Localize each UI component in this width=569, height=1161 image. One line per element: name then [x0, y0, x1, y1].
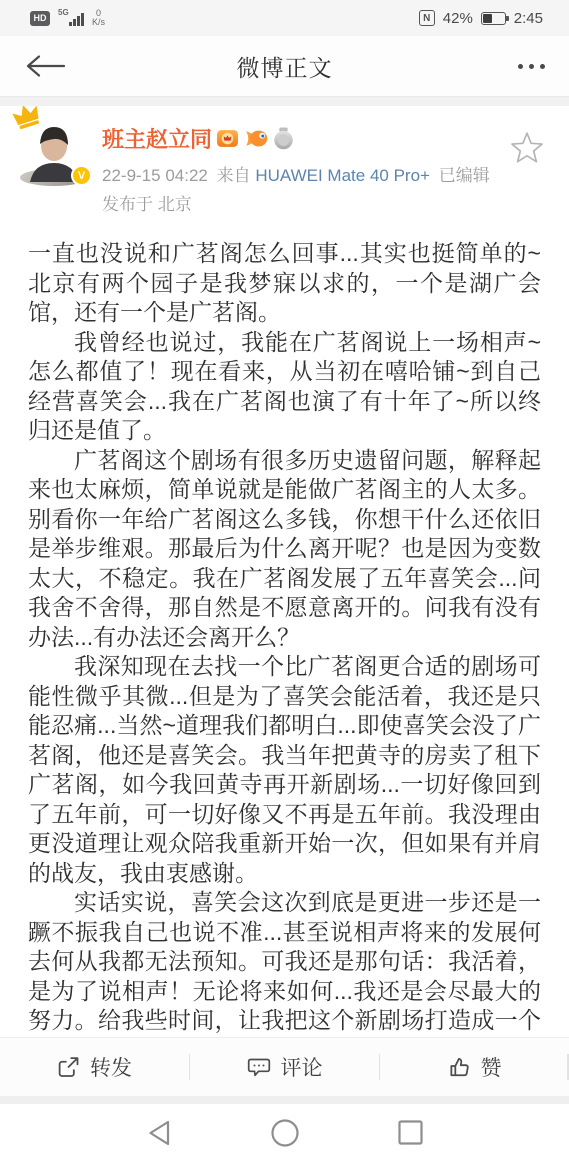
signal-icon: 5G	[58, 9, 84, 27]
comment-button[interactable]: 评论	[190, 1038, 379, 1096]
more-icon	[518, 64, 523, 69]
post-paragraph: 实话实说，喜笑会这次到底是更进一步还是一蹶不振我自己也说不准...甚至说相声将来…	[28, 888, 541, 1037]
status-bar-right: N 42% 2:45	[419, 10, 543, 27]
network-type-label: 5G	[58, 8, 69, 17]
post-body: 一直也没说和广茗阁怎么回事...其实也挺简单的~北京有两个园子是我梦寐以求的，一…	[0, 239, 569, 1037]
status-bar-left: HD 5G 0 K/s	[30, 9, 105, 28]
clock: 2:45	[514, 10, 543, 27]
like-label: 赞	[481, 1052, 502, 1082]
battery-icon	[481, 12, 506, 25]
comment-label: 评论	[281, 1052, 323, 1082]
like-icon	[448, 1056, 471, 1079]
back-arrow-icon	[24, 54, 66, 78]
post-paragraph: 我深知现在去找一个比广茗阁更合适的剧场可能性微乎其微...但是为了喜笑会能活着，…	[28, 652, 541, 888]
repost-icon	[57, 1056, 80, 1079]
edited-label: 已编辑	[439, 166, 490, 185]
comment-icon	[247, 1056, 271, 1079]
nav-back-triangle-icon	[146, 1119, 172, 1147]
system-recents-button[interactable]	[391, 1113, 431, 1153]
section-divider	[0, 96, 569, 106]
post-meta: 22-9-15 04:22 来自 HUAWEI Mate 40 Pro+ 已编辑	[102, 161, 509, 186]
post-header: V 班主赵立同	[0, 106, 569, 215]
network-speed: 0 K/s	[92, 9, 105, 28]
repost-button[interactable]: 转发	[0, 1038, 189, 1096]
page-title: 微博正文	[237, 50, 333, 83]
author-block: 班主赵立同	[102, 114, 509, 215]
post-location: 发布于 北京	[102, 190, 509, 215]
post-paragraph: 一直也没说和广茗阁怎么回事...其实也挺简单的~北京有两个园子是我梦寐以求的，一…	[28, 239, 541, 328]
status-bar: HD 5G 0 K/s N 42% 2:45	[0, 0, 569, 36]
source-device-link[interactable]: HUAWEI Mate 40 Pro+	[255, 166, 430, 185]
star-icon	[509, 130, 545, 166]
author-name[interactable]: 班主赵立同	[102, 123, 212, 154]
repost-label: 转发	[90, 1052, 132, 1082]
post-card: V 班主赵立同	[0, 106, 569, 1037]
post-timestamp: 22-9-15 04:22	[102, 166, 208, 185]
phone-screen: HD 5G 0 K/s N 42% 2:45 微博正文	[0, 0, 569, 1161]
nfc-icon: N	[419, 10, 435, 26]
system-nav-bar	[0, 1104, 569, 1161]
koi-fish-badge-icon	[243, 127, 268, 150]
hd-icon: HD	[30, 11, 50, 26]
more-button[interactable]	[493, 64, 545, 69]
nav-bar: 微博正文	[0, 36, 569, 96]
battery-percent: 42%	[443, 10, 473, 27]
verified-badge-icon: V	[71, 165, 92, 186]
system-back-button[interactable]	[139, 1113, 179, 1153]
avatar[interactable]: V	[20, 114, 90, 184]
favorite-button[interactable]	[509, 114, 545, 215]
post-paragraph: 我曾经也说过，我能在广茗阁说上一场相声~怎么都值了！现在看来，从当初在嘻哈铺~到…	[28, 328, 541, 446]
nav-gap-divider	[0, 1096, 569, 1104]
nav-recents-square-icon	[397, 1119, 424, 1146]
nav-home-circle-icon	[270, 1118, 300, 1148]
source-prefix: 来自	[217, 166, 251, 185]
action-bar: 转发 评论 赞	[0, 1037, 569, 1096]
system-home-button[interactable]	[265, 1113, 305, 1153]
silver-medal-badge-icon	[272, 127, 295, 150]
like-button[interactable]: 赞	[380, 1038, 569, 1096]
back-button[interactable]	[24, 54, 76, 78]
membership-badge-icon	[216, 127, 239, 150]
post-paragraph: 广茗阁这个剧场有很多历史遗留问题，解释起来也太麻烦，简单说就是能做广茗阁主的人太…	[28, 446, 541, 653]
